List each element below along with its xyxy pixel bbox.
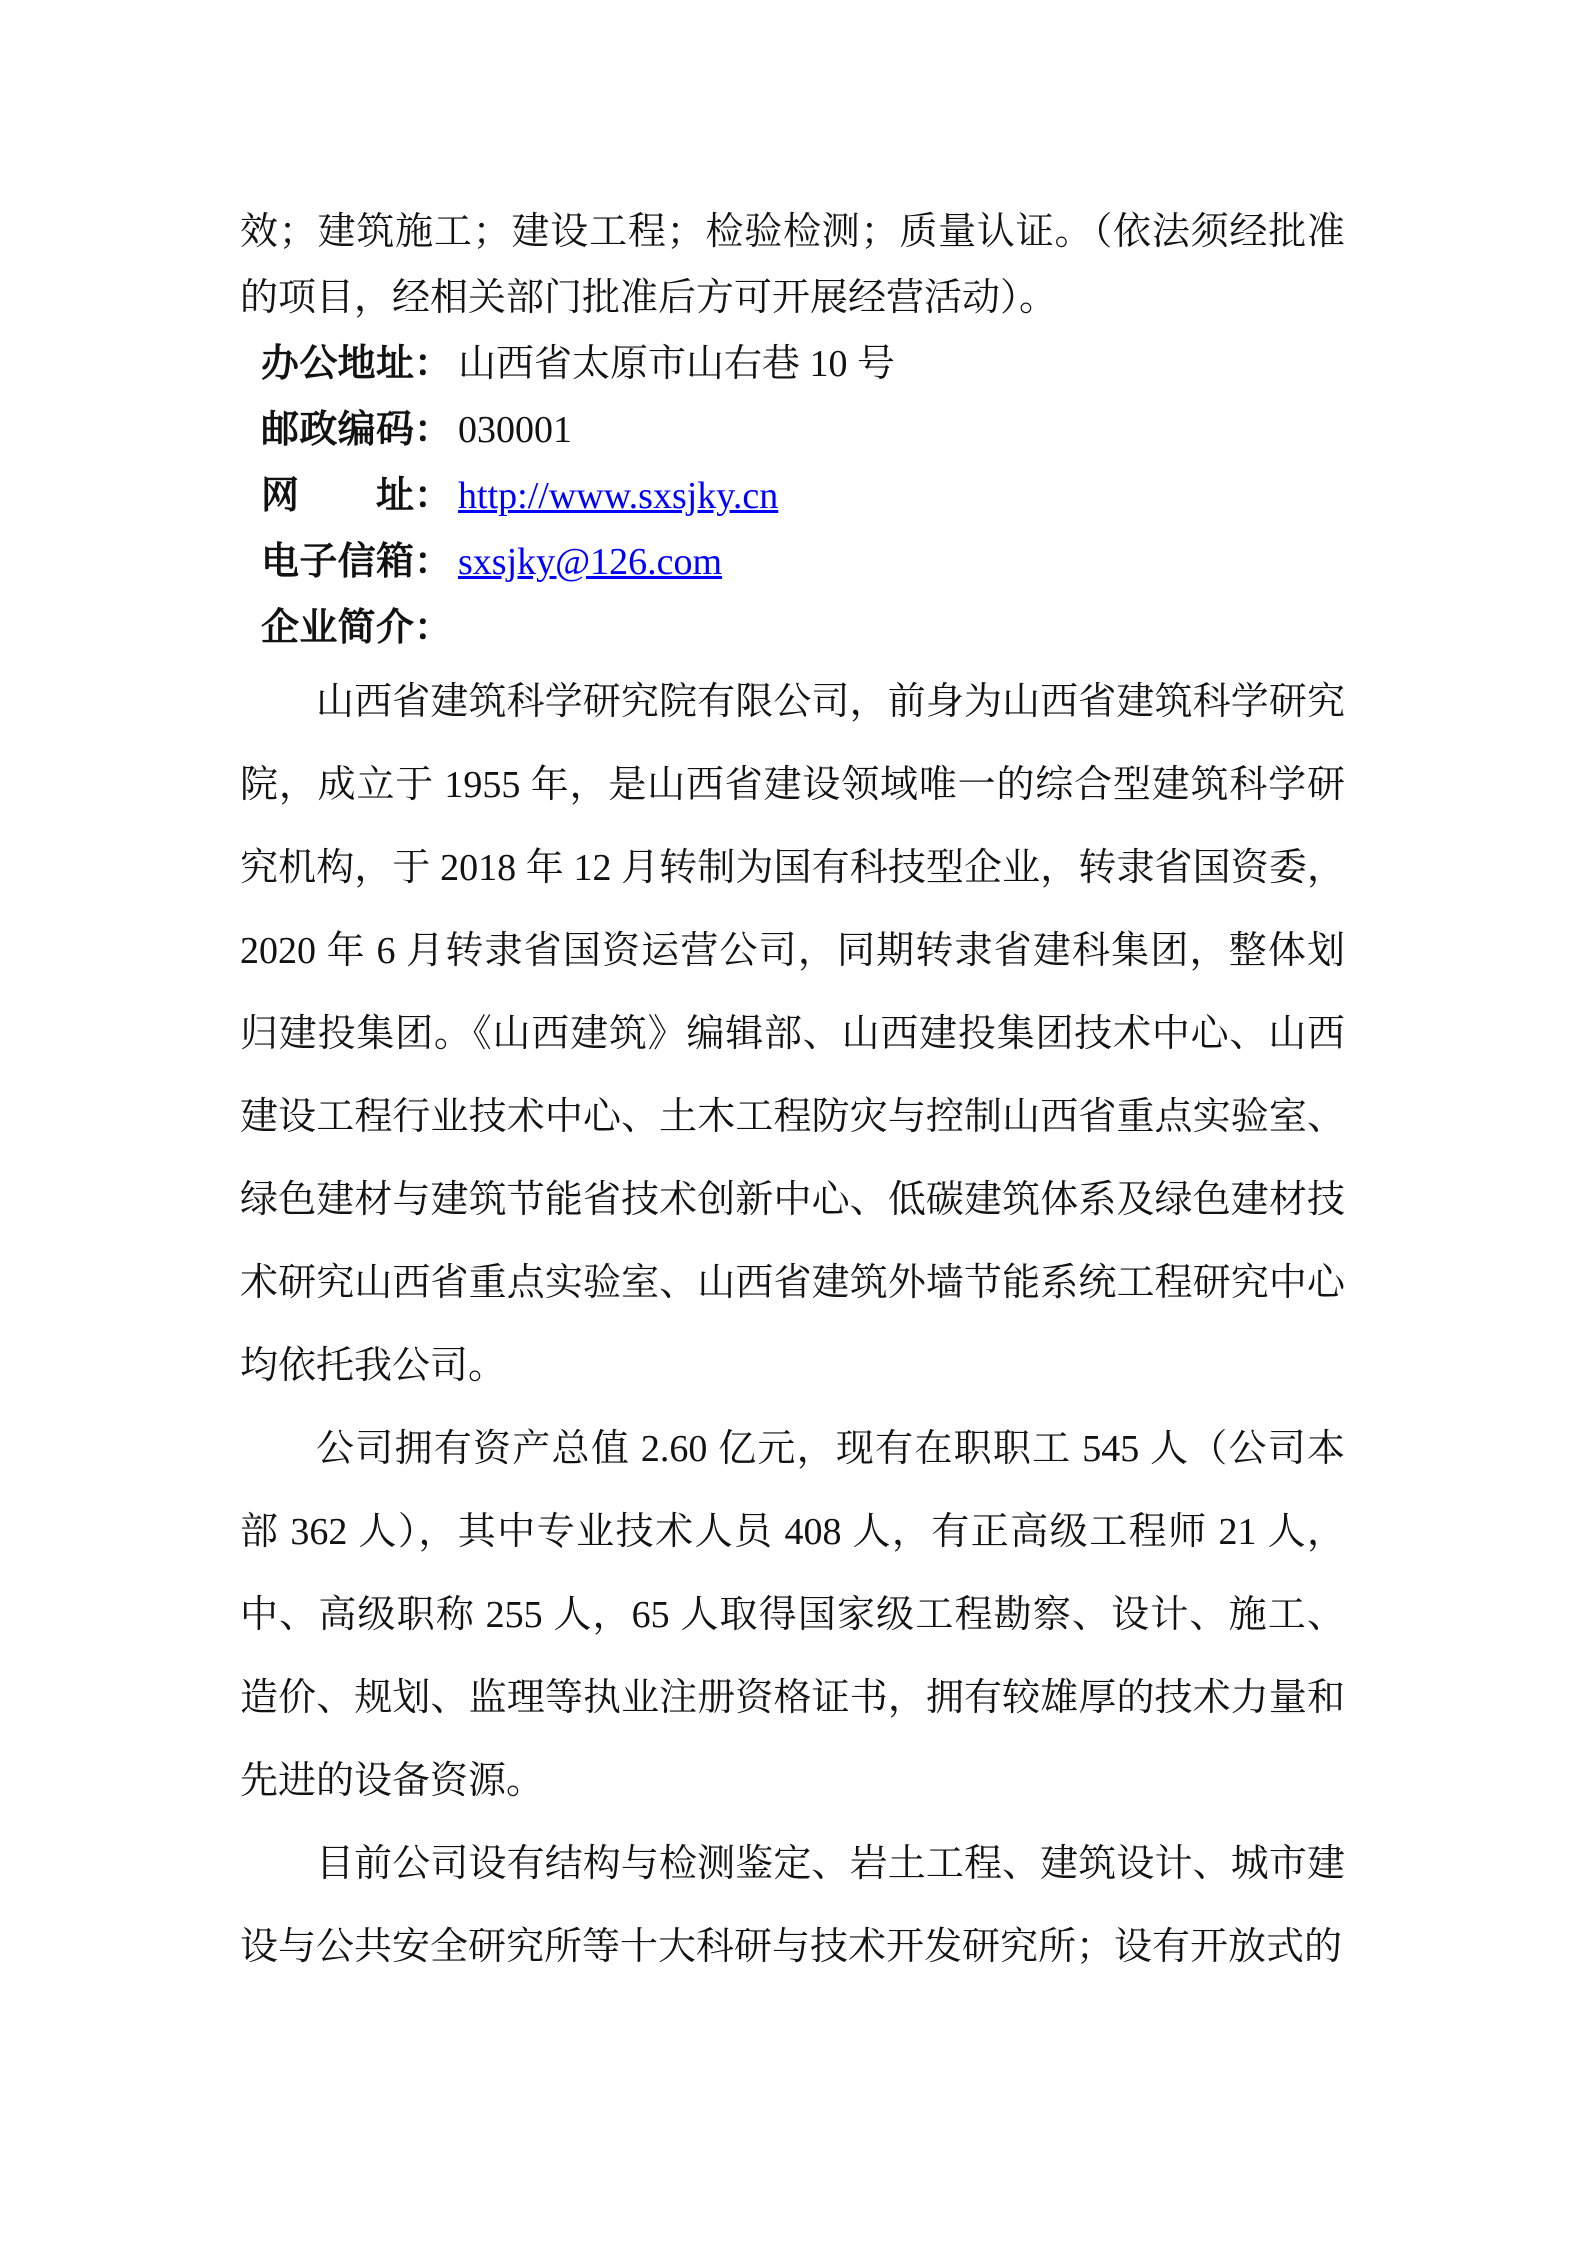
website-label: 网址 [261, 463, 414, 529]
company-profile-heading: 企业简介 [261, 595, 414, 661]
email-label: 电子信箱 [261, 529, 414, 595]
contact-row-postal-code: 邮政编码：030001 [240, 397, 1345, 463]
document-page: 效；建筑施工；建设工程；检验检测；质量认证。（依法须经批准的项目，经相关部门批准… [0, 0, 1587, 2245]
company-profile-paragraph-history: 山西省建筑科学研究院有限公司，前身为山西省建筑科学研究院，成立于 1955 年，… [240, 661, 1345, 1408]
label-colon: ： [414, 409, 452, 451]
company-profile-heading-row: 企业简介： [240, 595, 1345, 661]
company-profile-paragraph-staff: 公司拥有资产总值 2.60 亿元，现有在职职工 545 人（公司本部 362 人… [240, 1408, 1345, 1823]
website-link[interactable]: http://www.sxsjky.cn [458, 475, 778, 517]
contact-row-email: 电子信箱：sxsjky@126.com [240, 529, 1345, 595]
office-address-value: 山西省太原市山右巷 10 号 [458, 343, 895, 385]
postal-code-label: 邮政编码 [261, 397, 414, 463]
label-colon: ： [414, 607, 452, 649]
label-colon: ： [414, 343, 452, 385]
email-link[interactable]: sxsjky@126.com [458, 541, 722, 583]
contact-row-office-address: 办公地址：山西省太原市山右巷 10 号 [240, 331, 1345, 397]
company-contact-block: 办公地址：山西省太原市山右巷 10 号 邮政编码：030001 网址：http:… [240, 331, 1345, 661]
label-colon: ： [414, 475, 452, 517]
postal-code-value: 030001 [458, 409, 572, 451]
contact-row-website: 网址：http://www.sxsjky.cn [240, 463, 1345, 529]
business-scope-continuation-paragraph: 效；建筑施工；建设工程；检验检测；质量认证。（依法须经批准的项目，经相关部门批准… [240, 199, 1345, 331]
company-profile-paragraph-institutes: 目前公司设有结构与检测鉴定、岩土工程、建筑设计、城市建设与公共安全研究所等十大科… [240, 1823, 1345, 1989]
company-profile-body: 山西省建筑科学研究院有限公司，前身为山西省建筑科学研究院，成立于 1955 年，… [240, 661, 1345, 1989]
office-address-label: 办公地址 [261, 331, 414, 397]
label-colon: ： [414, 541, 452, 583]
